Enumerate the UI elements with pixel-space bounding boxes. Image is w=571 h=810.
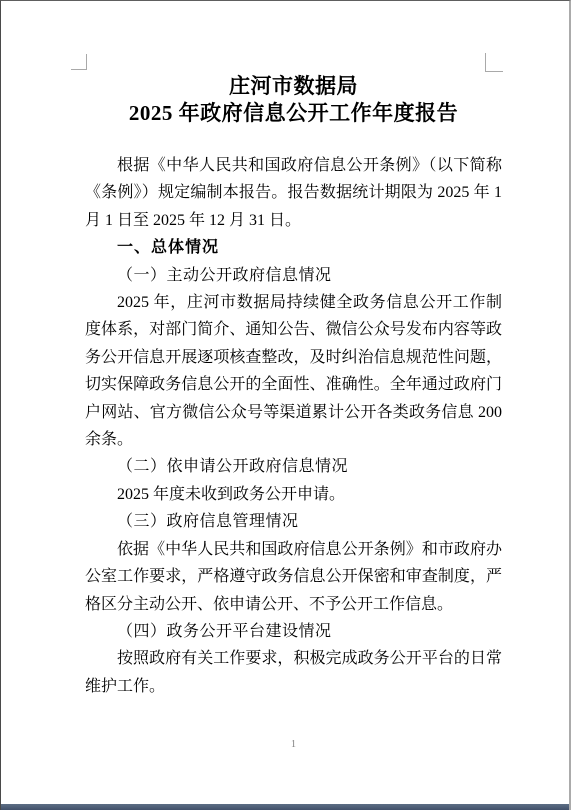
paragraph-intro: 根据《中华人民共和国政府信息公开条例》（以下简称《条例》）规定编制本报告。报告数… <box>85 152 502 234</box>
subsection-heading-management: （三）政府信息管理情况 <box>85 508 502 535</box>
document-page[interactable]: 庄河市数据局 2025 年政府信息公开工作年度报告 根据《中华人民共和国政府信息… <box>0 0 571 810</box>
text-boundary-corner-mark-top-right <box>485 53 503 72</box>
subsection-heading-platform: （四）政务公开平台建设情况 <box>85 618 502 645</box>
window-bottom-bar <box>1 804 569 810</box>
paragraph-request: 2025 年度未收到政务公开申请。 <box>85 481 502 508</box>
document-title: 庄河市数据局 2025 年政府信息公开工作年度报告 <box>85 73 502 127</box>
page-number-footer: 1 <box>85 739 502 750</box>
paragraph-platform: 按照政府有关工作要求，积极完成政务公开平台的日常维护工作。 <box>85 645 502 700</box>
document-title-line-2: 2025 年政府信息公开工作年度报告 <box>85 100 502 127</box>
section-heading-overall: 一、总体情况 <box>85 234 502 261</box>
document-title-line-1: 庄河市数据局 <box>85 73 502 100</box>
paragraph-proactive: 2025 年，庄河市数据局持续健全政务信息公开工作制度体系，对部门简介、通知公告… <box>85 289 502 453</box>
text-boundary-corner-mark-top-left <box>71 54 87 70</box>
paragraph-management: 依据《中华人民共和国政府信息公开条例》和市政府办公室工作要求，严格遵守政务信息公… <box>85 536 502 618</box>
document-body: 庄河市数据局 2025 年政府信息公开工作年度报告 根据《中华人民共和国政府信息… <box>85 73 502 700</box>
subsection-heading-proactive: （一）主动公开政府信息情况 <box>85 262 502 289</box>
subsection-heading-request: （二）依申请公开政府信息情况 <box>85 453 502 480</box>
